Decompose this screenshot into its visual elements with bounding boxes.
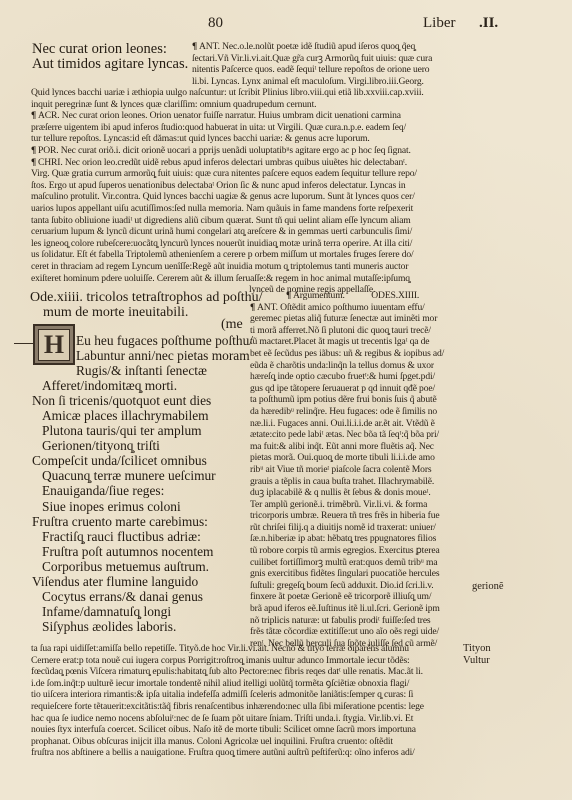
poem-line: Eu heu fugaces poſthume poſthu/ [32,333,253,348]
top-verses: Nec curat orion leones: Aut timidos agit… [32,42,188,72]
commentary-line: nõ triplicis naturæ: ut fabulis prodiᵗ f… [250,615,465,627]
commentary-line: POR. Nec curat oriõ.i. dicit orionẽ uoca… [38,145,411,156]
catchword: (me [221,317,243,332]
commentary-line: tio uiſcera interiora rimantis:& ipſa ui… [31,689,461,701]
commentary-line: cuilibet fortiſſimorꝫ multũ erat:quos de… [250,557,465,569]
pilcrow-icon: ¶ [31,110,36,121]
commentary-line: li.bi. Lyncas. Lynx animal eſt maculoſum… [192,76,462,88]
commentary-line: nitentis Paſcerce quos. eadẽ ſequiᵗ tell… [192,64,462,76]
commentary-line: inquit peregrinæ ſunt & lynces quæ clari… [31,99,463,111]
commentary-line: geremec pietas aliq̃ futuræ ſenectæ aut … [250,313,465,325]
commentary-line: maſculino protulit. Vir.contra. Quid lyn… [31,191,463,203]
pilcrow-icon: ¶ [250,302,255,313]
poem-line: Viſendus ater flumine languido [32,574,253,589]
commentary-line: tũ robore corpis tũ armis egregios. Exer… [250,545,465,557]
commentary-line: nouies ſtyx interfuſa coercet. Scilicet … [31,724,461,736]
verse-line: Nec curat orion leones: [32,42,188,57]
commentary-line: us ſolidatur. Eſt ét fabella Triptolemũ … [31,249,463,261]
commentary-line: ta poſthumũ ipm potius dẽre frui bonis ſ… [250,394,465,406]
commentary-line: ma fuit:& alibi inq̃t. Eũt anni more flu… [250,441,465,453]
commentary-line: Ter amplũ gerionẽ.i. trimẽbrũ. Vir.li.vi… [250,499,465,511]
poem-line: Fractiſq̧ rauci fluctibus adriæ: [32,529,253,544]
commentary-line: grauis a tẽplis in caua buſta trahet. Il… [250,476,465,488]
commentary-line: rũt chriſei filij.q a diuitijs nomẽ id t… [250,522,465,534]
commentary-line: da hæredibᵘ relinq̃re. Heu fugaces: ode … [250,406,465,418]
commentary-line: exiſteret hominum pdere uoluiſſe. Cerere… [31,273,463,285]
commentary-block-1: Quid lynces bacchi uariæ i æthiopia uulg… [31,87,463,296]
pilcrow-icon: ¶ [192,41,197,52]
commentary-line: tricorporis umbræ. Reuera tñ tres frẽs i… [250,510,465,522]
commentary-line: bet eẽ ſecũdus pes iãbus: uñ & regibus &… [250,348,465,360]
commentary-line: ætate:cito pede labiᵗ ætas. Nec bõa tã ſ… [250,429,465,441]
poem-line: Cocytus errans/& danai genus [32,589,253,604]
commentary-line: Quid lynces bacchi uariæ i æthiopia uulg… [31,87,463,99]
commentary-line: prophanat. Oibus obſcuras inijcit illa m… [31,736,461,748]
commentary-line: gnis exercitibus fidẽtes ſingulari puoca… [250,568,465,580]
poem-line: Siſyphus æolides laboris. [32,619,253,634]
poem-line: Fruſtra poſt autumnos nocentem [32,544,253,559]
commentary-line: fœcũdaq̧ pœnis Viſcera rimaturq̧ epulis:… [31,666,461,678]
ode-title: Ode.xiiii. tricolos tetraſtrophos ad poſ… [30,290,263,320]
commentary-line: pietas morã. Oui.quoq̧ de morte tibuli l… [250,452,465,464]
commentary-line: ta ſua rapi uidiſſet:amiſſa bello repeti… [31,643,461,655]
commentary-line: Virg. Quæ gratia currum armorũq̧ fuit ui… [31,168,463,180]
marginal-note-vultur: Vultur [463,655,490,666]
book-number: .II. [479,15,498,32]
poem-line: Siue inopes erimus coloni [32,499,253,514]
commentary-line: hæreſq̧ inde optio cæcubo fruetᵗ:& humi … [250,371,465,383]
commentary-line: Cernere erat:p tota nouẽ cui iugera corp… [31,655,461,667]
commentary-right: ¶Argumentum. ODES.XIIII. ¶ANT. Oſtẽdit a… [250,290,465,649]
commentary-line: ſtos. Ergo ut apud ſuperos uenationibus … [31,180,463,192]
commentary-line: præſerre uigentem ibi apud inferos ſtudi… [31,122,463,134]
commentary-line: finxere ãt poetæ Gerionẽ eẽ tricorporẽ i… [250,591,465,603]
commentary-line: tanta ſubito obliuione iuadiᵗ ut digredi… [31,215,463,227]
commentary-line: ti morã afferret.Nõ ſi plutoni dic quoq̧… [250,325,465,337]
commentary-line: ſæ.n.hiberiæ ip abat: hẽbatq̧ tres ppugn… [250,533,465,545]
poem-line: Labuntur anni/nec pietas moram [32,348,253,363]
poem-line: Afferet/indomitæq̧ morti. [32,378,253,393]
marginal-note-tityon: Tityon [463,643,491,654]
poem-line: Quacunq̧ terræ munere ueſcimur [32,468,253,483]
commentary-line: ANT. Nec.o.le.nolũt poetæ idẽ ſtudiũ apu… [199,41,415,52]
commentary-line: tur tellure repoſtos. Lyncas:id eſt dăma… [31,133,463,145]
commentary-line: duꝫ iplacabilẽ & q nullis ẽt ſebus & don… [250,487,465,499]
commentary-line: CHRI. Nec orion leo.credũt uidẽ rebus ap… [38,157,407,168]
commentary-line: tũ mactaret.Placet ãt magis ut trecentis… [250,336,465,348]
commentary-line: requieſcere forte tẽtauerit:excitãtis:tã… [31,701,461,713]
poem-line: Rugis/& inſtanti ſenectæ [32,363,253,378]
commentary-line: næ.li.i. Fugaces anni. Oui.li.i.i.de ar.… [250,418,465,430]
commentary-block-2: ta ſua rapi uidiſſet:amiſſa bello repeti… [31,643,461,759]
poem-line: Plutona tauris/qui ter amplum [32,423,253,438]
commentary-line: ribᵘ ait Viue tñ morieᵗ piaſcole ſacra c… [250,464,465,476]
marginal-note-gerione: gerionẽ [472,581,504,592]
poem-line: Compeſcit unda/ſcilicet omnibus [32,453,253,468]
commentary-line: ACR. Nec curat orion leones. Orion uenat… [38,110,401,121]
folio-number: 80 [208,15,223,32]
pilcrow-icon: ¶ [31,157,36,168]
show-through-texture [60,752,530,792]
odes-label: ODES.XIIII. [371,290,419,301]
commentary-line: ſectari.Vñ Vir.li.vi.ait.Quæ gr̃a curꝫ A… [192,53,462,65]
poem-line: Non ſi tricenis/quotquot eunt dies [32,393,253,408]
commentary-line: i.de ſom.inq̃t:p uulturẽ iecur imortale … [31,678,461,690]
commentary-line: ceruarium lupum & lyncũ dicunt urinã hum… [31,226,463,238]
commentary-line: ANT. Oſtẽdit amico poſthumo iuuentam eff… [257,302,425,313]
book-page: 80 Liber .II. Nec curat orion leones: Au… [0,0,572,800]
commentary-line: frẽs tãtæ cõcordiæ extitiſſe:ut uno aĩo … [250,626,465,638]
poem-line: Amicæ places illachrymabilem [32,408,253,423]
poem-line: Enauiganda/ſiue reges: [32,483,253,498]
ode-poem: Eu heu fugaces poſthume poſthu/ Labuntur… [32,333,253,634]
poem-line: Gerionen/tityonq̧ triſti [32,438,253,453]
poem-line: Fruſtra cruento marte carebimus: [32,514,253,529]
commentary-top: ¶ANT. Nec.o.le.nolũt poetæ idẽ ſtudiũ ap… [192,41,462,87]
verse-line: Aut timidos agitare lyncas. [32,57,188,72]
ode-title-line: Ode.xiiii. tricolos tetraſtrophos ad poſ… [30,290,263,305]
commentary-line: ceret in thraciam ad regem Lyncum uenîſſ… [31,261,463,273]
commentary-line: ſuſtuli: gregeſq̧ boum ſecũ adduxit. Dio… [250,580,465,592]
pointer-line [14,343,33,344]
poem-line: Infame/damnatuſq̧ longi [32,604,253,619]
running-title: Liber [423,15,455,32]
pilcrow-icon: ¶ [286,290,291,301]
poem-line: Corporibus metuemus auſtrum. [32,559,253,574]
commentary-line: hac qua ſe iudice nemo nocens abſoluiᵗ:n… [31,713,461,725]
commentary-line: gus qd ipe tãtopere ſeruauerat p qd innu… [250,383,465,395]
commentary-line: brã apud iferos eẽ.Iuſtinus itẽ li.ul.ſc… [250,603,465,615]
commentary-line: eũda ẽ charõtis unda:linq̃n la tellus do… [250,360,465,372]
argumentum-label: Argumentum. [293,290,345,301]
commentary-line: les igneoq̧ colore rubeſcere:uocãtq̧ lyn… [31,238,463,250]
commentary-line: uarios lupos appellant uiſu acutiſſimos:… [31,203,463,215]
pilcrow-icon: ¶ [31,145,36,156]
